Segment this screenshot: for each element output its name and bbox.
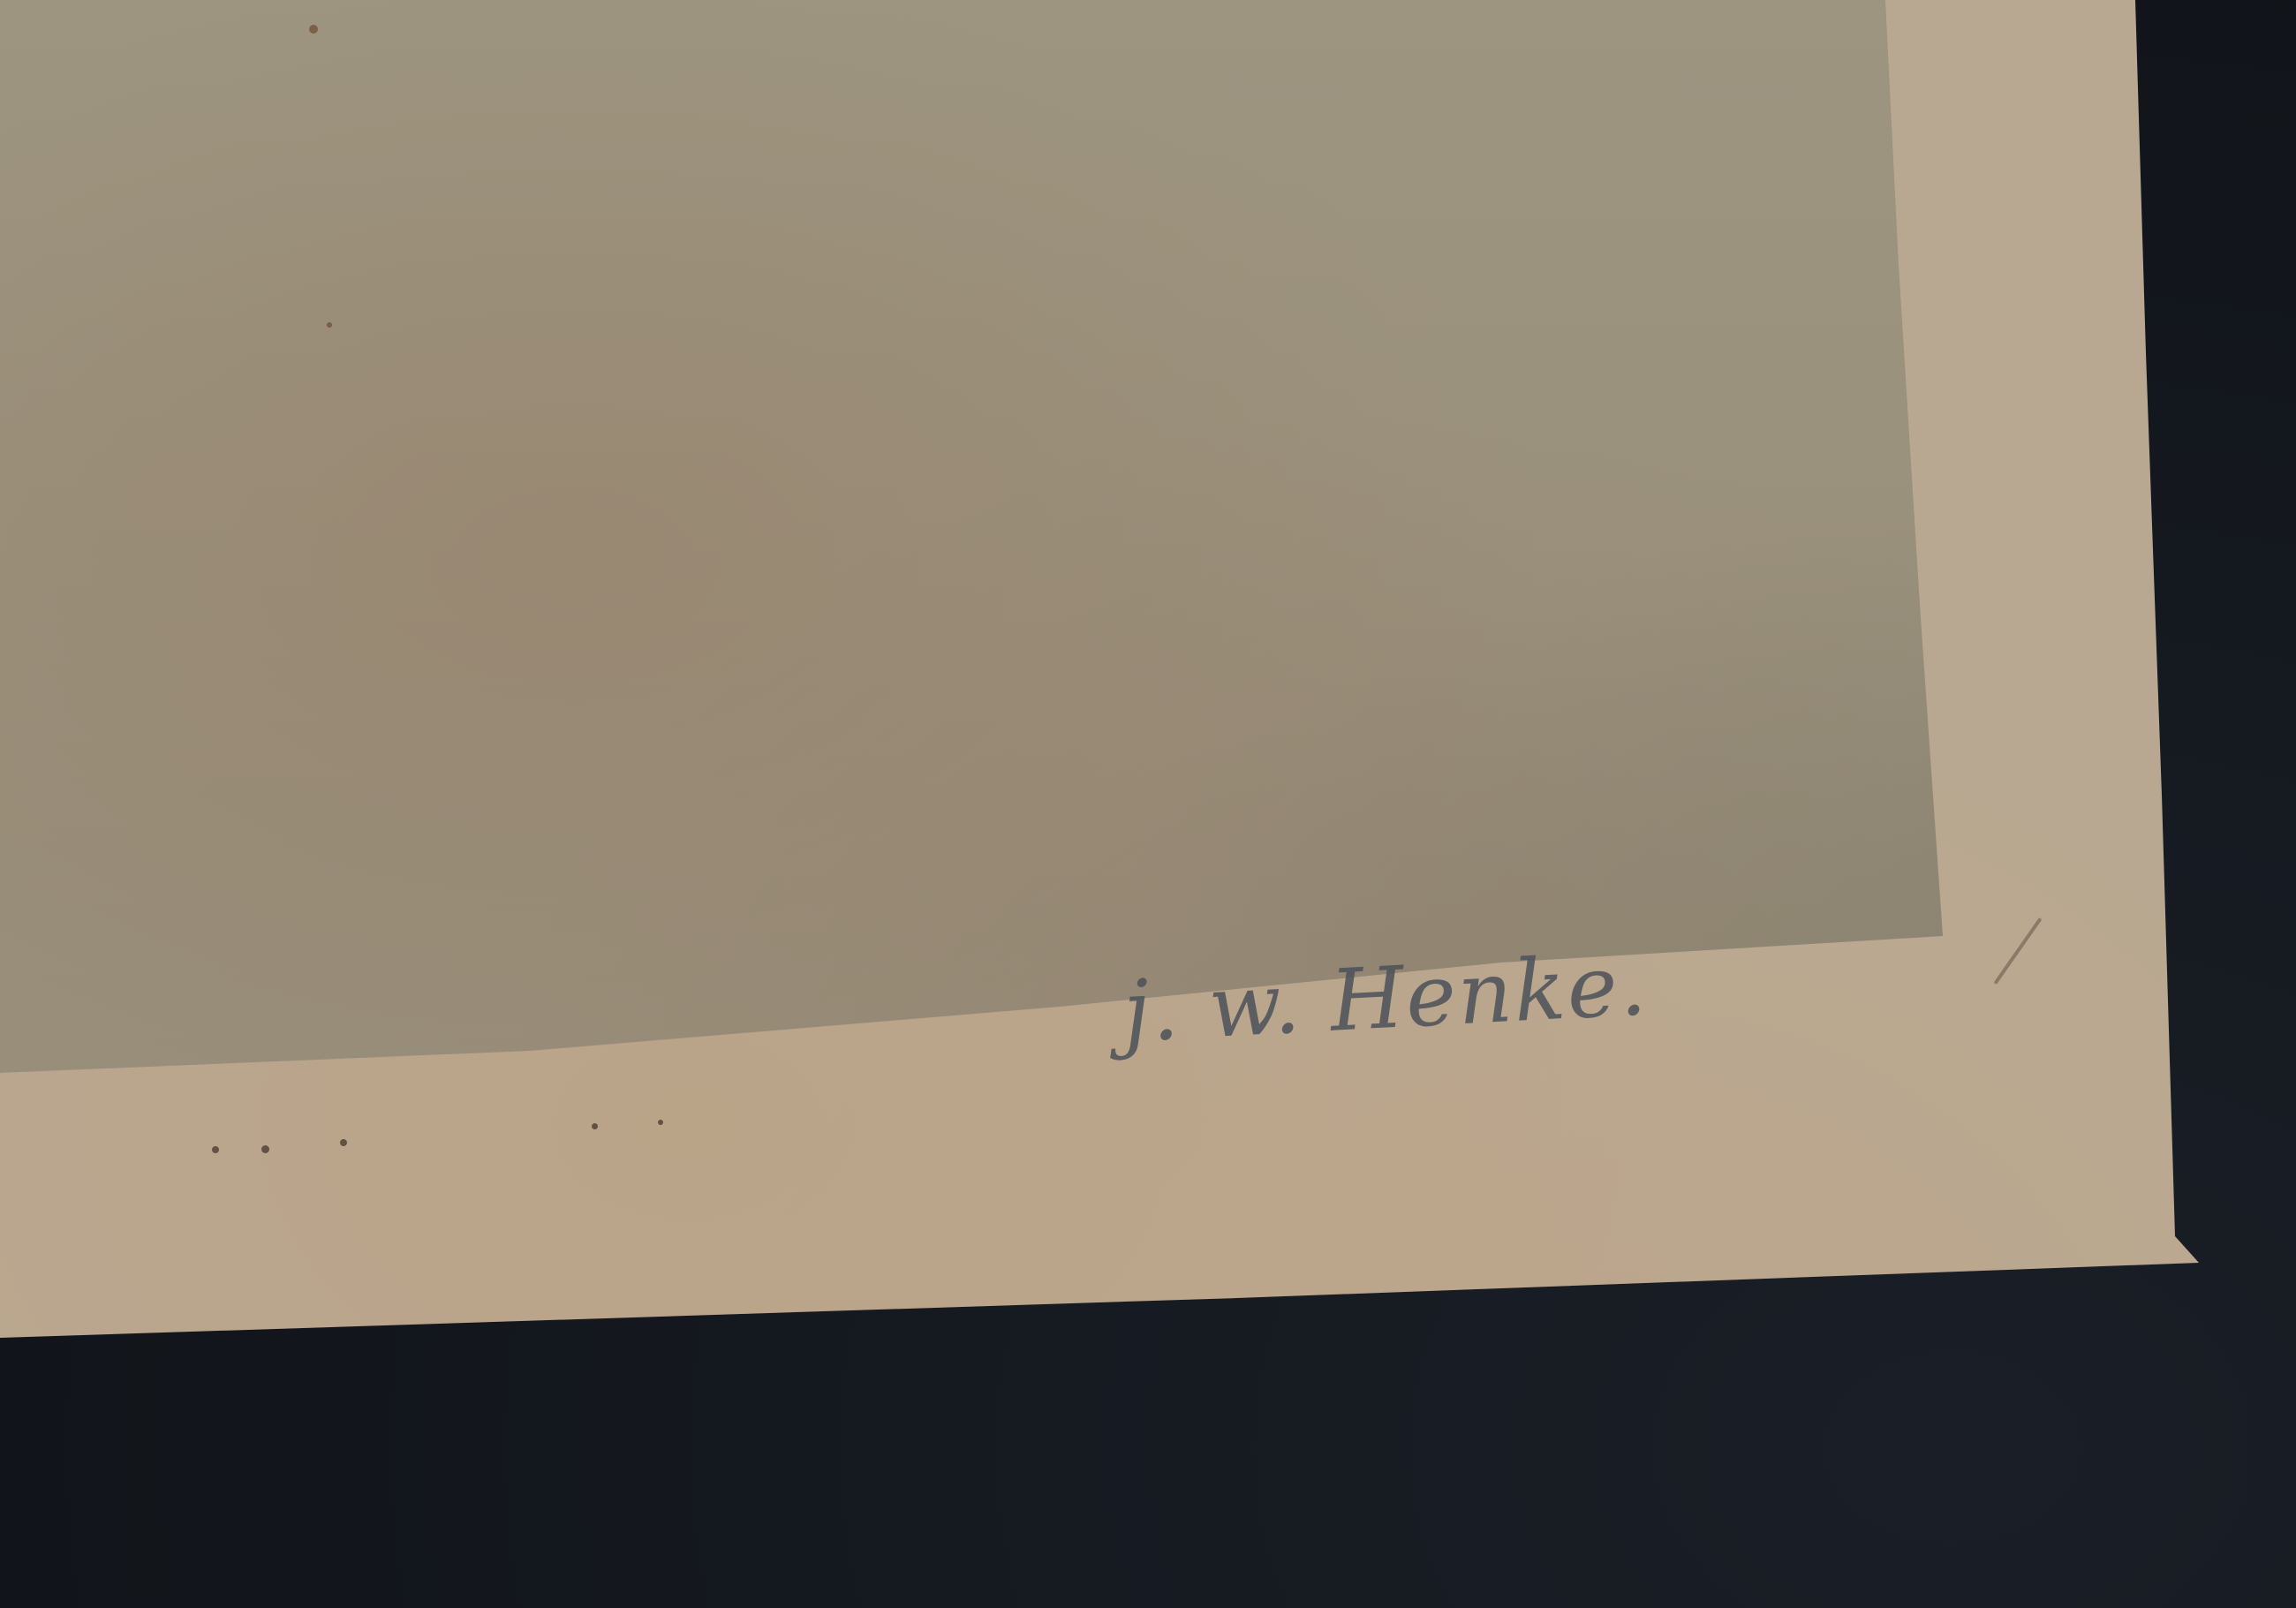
foxing-spot bbox=[327, 322, 332, 328]
foxing-spot bbox=[340, 1139, 347, 1146]
foxing-spot bbox=[592, 1123, 598, 1129]
foxing-spot bbox=[261, 1145, 269, 1153]
foxing-spot bbox=[212, 1146, 219, 1153]
foxing-spot bbox=[658, 1120, 663, 1125]
foxing-spot bbox=[309, 25, 318, 34]
